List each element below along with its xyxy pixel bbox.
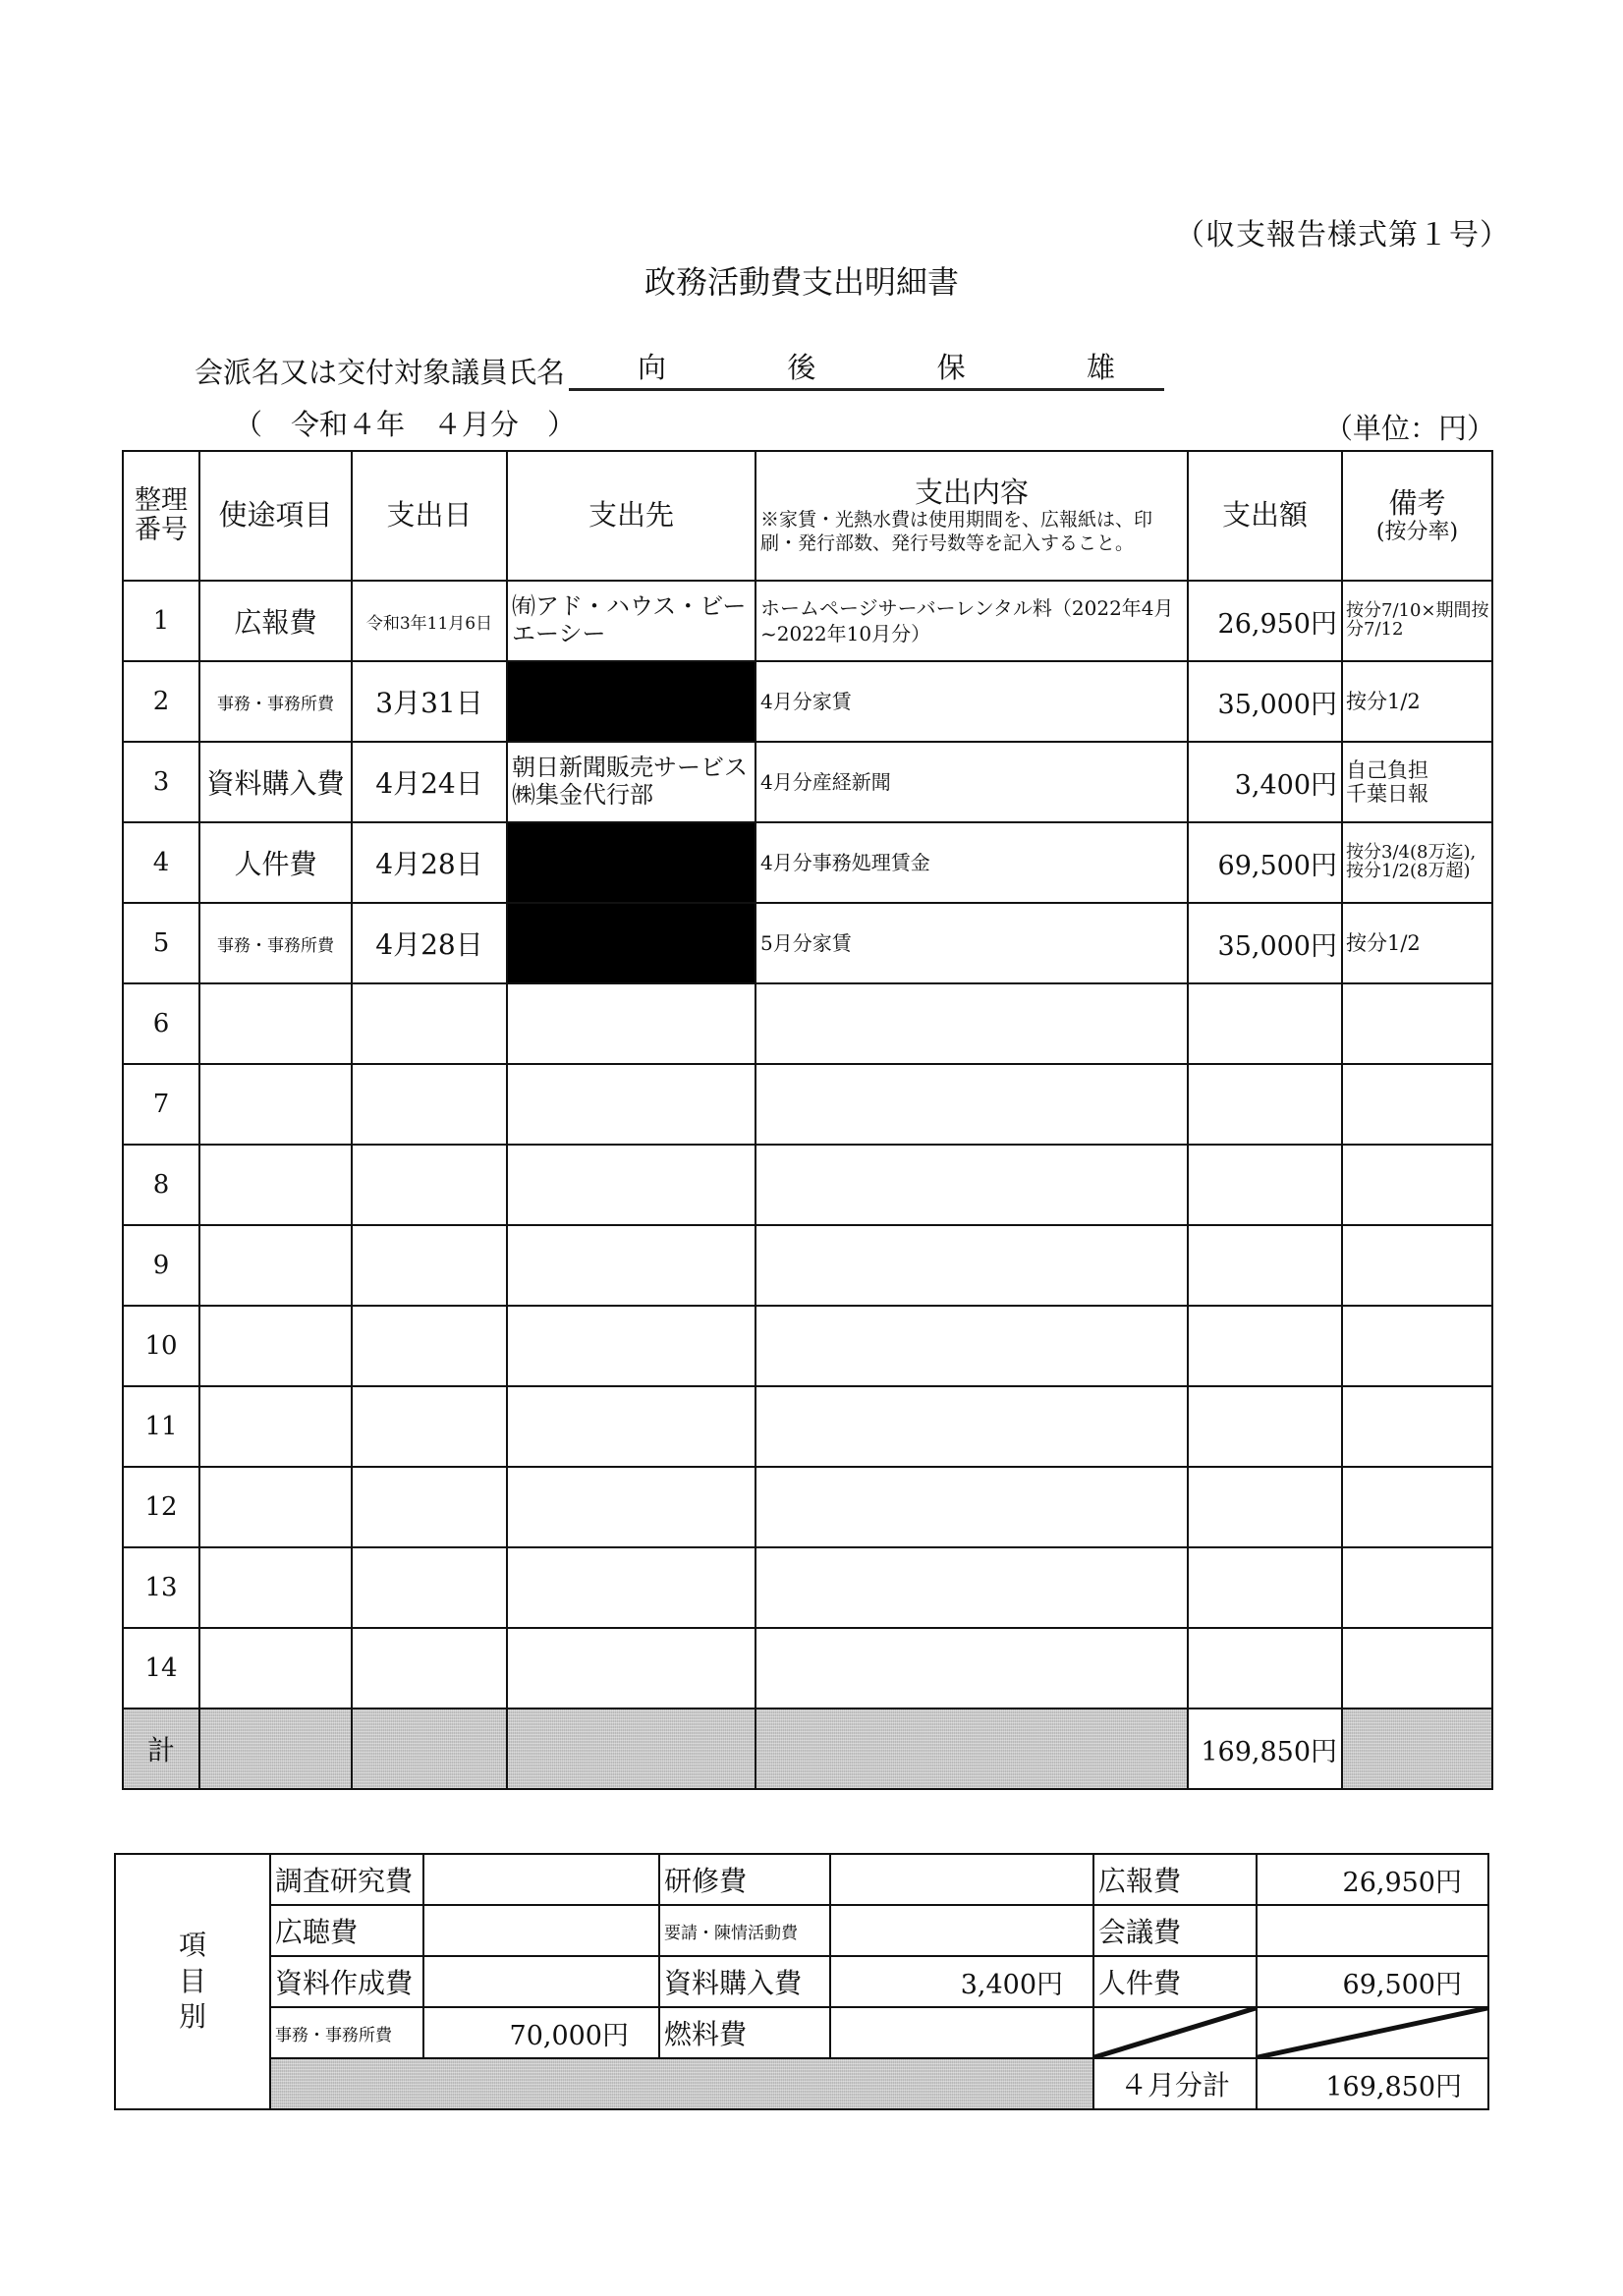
usage-category (199, 983, 352, 1064)
payee (507, 1628, 756, 1708)
summary-category-value: 26,950円 (1257, 1854, 1488, 1905)
expense-amount (1188, 983, 1342, 1064)
col-header-content: 支出内容 ※家賃・光熱水費は使用期間を、広報紙は、印刷・発行部数、発行号数等を記… (756, 451, 1188, 581)
remarks (1342, 1306, 1492, 1386)
expense-amount (1188, 1064, 1342, 1145)
expense-content (756, 1064, 1188, 1145)
summary-row: 広聴費要請・陳情活動費会議費 (115, 1905, 1488, 1956)
summary-row: 資料作成費資料購入費3,400円人件費69,500円 (115, 1956, 1488, 2007)
remarks-header-sub: (按分率) (1343, 520, 1491, 544)
usage-category: 事務・事務所費 (199, 903, 352, 983)
usage-category (199, 1064, 352, 1145)
expense-amount (1188, 1547, 1342, 1628)
member-name-label: 会派名又は交付対象議員氏名 (195, 351, 565, 391)
form-number: （収支報告様式第１号） (1175, 210, 1510, 253)
summary-category-label: 資料購入費 (659, 1956, 830, 2007)
expense-date: 4月28日 (352, 822, 507, 903)
row-number: 2 (123, 661, 199, 742)
document-title-text: 政務活動費支出明細書 (644, 263, 959, 301)
expense-content (756, 1628, 1188, 1708)
total-row: 計 169,850円 (123, 1708, 1492, 1789)
expense-date (352, 1467, 507, 1547)
usage-category (199, 1306, 352, 1386)
remarks (1342, 1225, 1492, 1306)
expense-amount: 3,400円 (1188, 742, 1342, 822)
remarks: 按分3/4(8万迄),按分1/2(8万超) (1342, 822, 1492, 903)
summary-side-label: 項 目 別 (115, 1854, 270, 2109)
remarks (1342, 1064, 1492, 1145)
summary-empty-slash-cell (1257, 2007, 1488, 2058)
table-row: 14 (123, 1628, 1492, 1708)
remarks: 按分7/10×期間按分7/12 (1342, 581, 1492, 661)
remarks (1342, 1145, 1492, 1225)
expense-content (756, 1225, 1188, 1306)
summary-category-label: 調査研究費 (270, 1854, 423, 1905)
month-total-label: ４月分計 (1093, 2058, 1257, 2109)
row-number: 10 (123, 1306, 199, 1386)
summary-category-value (423, 1956, 659, 2007)
total-shaded-cell (507, 1708, 756, 1789)
summary-empty-slash-cell (1093, 2007, 1257, 2058)
table-row: 4人件費4月28日4月分事務処理賃金69,500円按分3/4(8万迄),按分1/… (123, 822, 1492, 903)
row-number: 1 (123, 581, 199, 661)
expense-date (352, 1547, 507, 1628)
usage-category (199, 1628, 352, 1708)
row-number: 13 (123, 1547, 199, 1628)
total-amount: 169,850円 (1188, 1708, 1342, 1789)
expense-amount (1188, 1225, 1342, 1306)
expense-date (352, 1306, 507, 1386)
row-number: 14 (123, 1628, 199, 1708)
summary-category-value (830, 1905, 1093, 1956)
row-number: 9 (123, 1225, 199, 1306)
expense-amount: 69,500円 (1188, 822, 1342, 903)
payee (507, 1145, 756, 1225)
remarks: 按分1/2 (1342, 661, 1492, 742)
expense-amount (1188, 1628, 1342, 1708)
payee (507, 1467, 756, 1547)
usage-category (199, 1467, 352, 1547)
member-name-char: 向 (638, 346, 666, 386)
expense-date (352, 1628, 507, 1708)
payee: 朝日新聞販売サービス㈱集金代行部 (507, 742, 756, 822)
col-header-payee: 支出先 (507, 451, 756, 581)
summary-category-label: 広報費 (1093, 1854, 1257, 1905)
col-header-date: 支出日 (352, 451, 507, 581)
payee-redacted (507, 903, 756, 983)
member-name-row: 会派名又は交付対象議員氏名 向 後 保 雄 (195, 346, 1164, 391)
table-row: 1広報費令和3年11月6日㈲アド・ハウス・ビーエーシーホームページサーバーレンタ… (123, 581, 1492, 661)
expense-content (756, 1386, 1188, 1467)
expense-content: 5月分家賃 (756, 903, 1188, 983)
table-row: 8 (123, 1145, 1492, 1225)
col-header-amount: 支出額 (1188, 451, 1342, 581)
expense-amount: 35,000円 (1188, 661, 1342, 742)
member-name-char: 雄 (1087, 346, 1115, 386)
expense-content: ホームページサーバーレンタル料（2022年4月~2022年10月分） (756, 581, 1188, 661)
summary-category-label: 燃料費 (659, 2007, 830, 2058)
summary-row: 事務・事務所費70,000円燃料費 (115, 2007, 1488, 2058)
expense-amount: 26,950円 (1188, 581, 1342, 661)
summary-category-label: 研修費 (659, 1854, 830, 1905)
usage-category: 人件費 (199, 822, 352, 903)
expense-amount (1188, 1467, 1342, 1547)
expense-date: 3月31日 (352, 661, 507, 742)
expense-table: 整理 番号 使途項目 支出日 支出先 支出内容 ※家賃・光熱水費は使用期間を、広… (122, 450, 1493, 1790)
usage-category (199, 1547, 352, 1628)
table-row: 6 (123, 983, 1492, 1064)
total-label: 計 (123, 1708, 199, 1789)
total-shaded-cell (756, 1708, 1188, 1789)
payee (507, 1064, 756, 1145)
summary-row: 項 目 別調査研究費研修費広報費26,950円 (115, 1854, 1488, 1905)
col-header-category: 使途項目 (199, 451, 352, 581)
usage-category: 資料購入費 (199, 742, 352, 822)
expense-content (756, 1467, 1188, 1547)
row-number: 12 (123, 1467, 199, 1547)
total-shaded-cell (352, 1708, 507, 1789)
currency-unit: （単位：円） (1324, 407, 1495, 447)
usage-category (199, 1145, 352, 1225)
expense-amount (1188, 1306, 1342, 1386)
remarks: 自己負担 千葉日報 (1342, 742, 1492, 822)
document-title: 政務活動費支出明細書 (0, 257, 1623, 303)
summary-rows: 項 目 別調査研究費研修費広報費26,950円広聴費要請・陳情活動費会議費資料作… (115, 1854, 1488, 2109)
row-number: 6 (123, 983, 199, 1064)
expense-date (352, 1064, 507, 1145)
expense-date (352, 983, 507, 1064)
expense-content: 4月分家賃 (756, 661, 1188, 742)
summary-category-label: 人件費 (1093, 1956, 1257, 2007)
summary-category-value: 3,400円 (830, 1956, 1093, 2007)
expense-date (352, 1386, 507, 1467)
payee-redacted (507, 822, 756, 903)
content-header-title: 支出内容 (756, 476, 1187, 509)
summary-category-label: 広聴費 (270, 1905, 423, 1956)
summary-category-value: 70,000円 (423, 2007, 659, 2058)
payee (507, 983, 756, 1064)
expense-date: 4月24日 (352, 742, 507, 822)
summary-category-label: 会議費 (1093, 1905, 1257, 1956)
expense-content (756, 983, 1188, 1064)
table-row: 10 (123, 1306, 1492, 1386)
total-shaded-cell (1342, 1708, 1492, 1789)
category-summary-table: 項 目 別調査研究費研修費広報費26,950円広聴費要請・陳情活動費会議費資料作… (114, 1853, 1489, 2110)
table-row: 3資料購入費4月24日朝日新聞販売サービス㈱集金代行部4月分産経新聞3,400円… (123, 742, 1492, 822)
remarks (1342, 1547, 1492, 1628)
expense-content: 4月分産経新聞 (756, 742, 1188, 822)
diagonal-slash-icon (1258, 2008, 1487, 2057)
expense-date (352, 1225, 507, 1306)
table-row: 13 (123, 1547, 1492, 1628)
summary-category-label: 要請・陳情活動費 (659, 1905, 830, 1956)
expense-rows: 1広報費令和3年11月6日㈲アド・ハウス・ビーエーシーホームページサーバーレンタ… (123, 581, 1492, 1708)
row-number: 3 (123, 742, 199, 822)
summary-category-value (1257, 1905, 1488, 1956)
summary-category-value: 69,500円 (1257, 1956, 1488, 2007)
payee (507, 1547, 756, 1628)
remarks-header-title: 備考 (1343, 487, 1491, 520)
month-total-value: 169,850円 (1257, 2058, 1488, 2109)
summary-category-value (423, 1854, 659, 1905)
remarks (1342, 1467, 1492, 1547)
row-number: 8 (123, 1145, 199, 1225)
table-row: 9 (123, 1225, 1492, 1306)
usage-category: 事務・事務所費 (199, 661, 352, 742)
row-number: 7 (123, 1064, 199, 1145)
row-number: 4 (123, 822, 199, 903)
remarks (1342, 1386, 1492, 1467)
table-row: 11 (123, 1386, 1492, 1467)
usage-category (199, 1386, 352, 1467)
usage-category: 広報費 (199, 581, 352, 661)
member-name-field: 向 後 保 雄 (569, 346, 1164, 391)
row-number: 11 (123, 1386, 199, 1467)
col-header-remarks: 備考 (按分率) (1342, 451, 1492, 581)
remarks: 按分1/2 (1342, 903, 1492, 983)
summary-category-value (423, 1905, 659, 1956)
summary-shaded-cell (270, 2058, 1093, 2109)
summary-category-value (830, 2007, 1093, 2058)
table-row: 5事務・事務所費4月28日5月分家賃35,000円按分1/2 (123, 903, 1492, 983)
summary-category-value (830, 1854, 1093, 1905)
table-row: 7 (123, 1064, 1492, 1145)
table-header-row: 整理 番号 使途項目 支出日 支出先 支出内容 ※家賃・光熱水費は使用期間を、広… (123, 451, 1492, 581)
expense-amount: 35,000円 (1188, 903, 1342, 983)
expense-date (352, 1145, 507, 1225)
table-row: 2事務・事務所費3月31日4月分家賃35,000円按分1/2 (123, 661, 1492, 742)
expense-content (756, 1145, 1188, 1225)
remarks (1342, 983, 1492, 1064)
remarks (1342, 1628, 1492, 1708)
summary-category-label: 資料作成費 (270, 1956, 423, 2007)
summary-total-row: ４月分計169,850円 (115, 2058, 1488, 2109)
report-period: （ 令和４年 ４月分 ） (234, 403, 576, 443)
content-header-note: ※家賃・光熱水費は使用期間を、広報紙は、印刷・発行部数、発行号数等を記入すること… (756, 509, 1187, 556)
payee (507, 1225, 756, 1306)
usage-category (199, 1225, 352, 1306)
expense-date: 4月28日 (352, 903, 507, 983)
expense-date: 令和3年11月6日 (352, 581, 507, 661)
summary-category-label: 事務・事務所費 (270, 2007, 423, 2058)
expense-amount (1188, 1145, 1342, 1225)
row-number: 5 (123, 903, 199, 983)
expense-amount (1188, 1386, 1342, 1467)
expense-content (756, 1306, 1188, 1386)
payee (507, 1386, 756, 1467)
table-row: 12 (123, 1467, 1492, 1547)
diagonal-slash-icon (1094, 2008, 1256, 2057)
expense-content: 4月分事務処理賃金 (756, 822, 1188, 903)
expense-content (756, 1547, 1188, 1628)
col-header-no: 整理 番号 (123, 451, 199, 581)
payee-redacted (507, 661, 756, 742)
member-name-char: 保 (937, 346, 966, 386)
payee (507, 1306, 756, 1386)
payee: ㈲アド・ハウス・ビーエーシー (507, 581, 756, 661)
total-shaded-cell (199, 1708, 352, 1789)
member-name-char: 後 (787, 346, 815, 386)
